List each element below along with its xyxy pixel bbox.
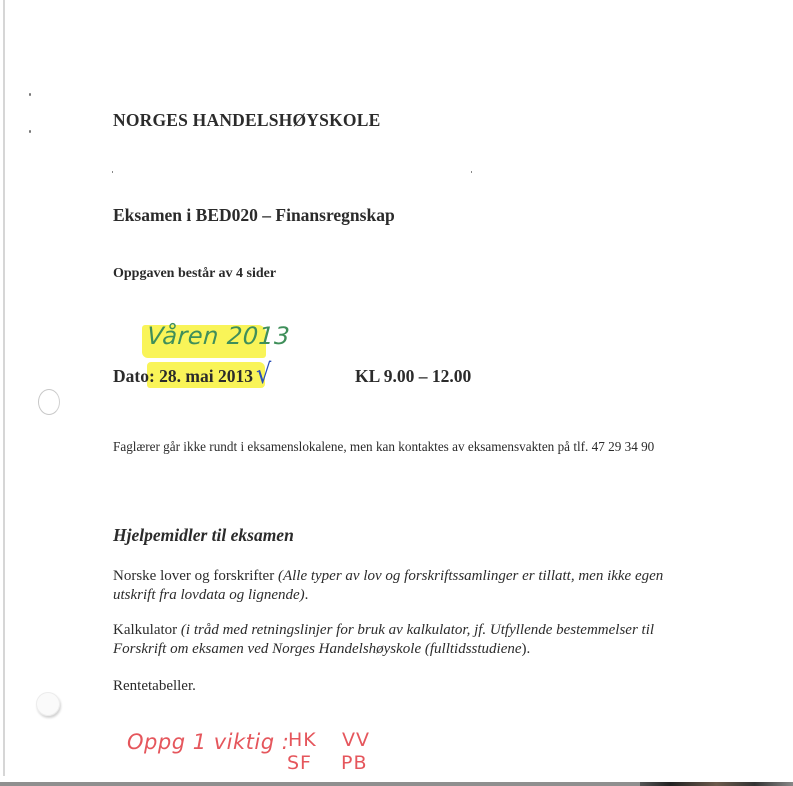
- handwritten-note: Oppg 1 viktig :: [127, 730, 289, 754]
- aid-label: Norske lover og forskrifter: [113, 568, 278, 584]
- punch-hole: [36, 692, 60, 716]
- punch-hole: [38, 389, 60, 415]
- page-count: Oppgaven består av 4 sider: [113, 266, 276, 282]
- aid-item: Norske lover og forskrifter (Alle typer …: [113, 567, 693, 605]
- aid-label: Kalkulator: [113, 622, 181, 638]
- handwritten-code: SF: [287, 752, 312, 774]
- scan-speck: [29, 93, 31, 96]
- date-label: Dato:: [113, 366, 155, 386]
- aid-note: (i tråd med retningslinjer for bruk av k…: [113, 622, 654, 657]
- exam-title: Eksamen i BED020 – Finansregnskap: [113, 205, 395, 226]
- checkmark-icon: √: [256, 358, 271, 390]
- institution-name: NORGES HANDELSHØYSKOLE: [113, 110, 380, 131]
- exam-time: KL 9.00 – 12.00: [355, 366, 471, 387]
- aid-item: Kalkulator (i tråd med retningslinjer fo…: [113, 621, 693, 659]
- date-value: 28. mai 2013: [159, 366, 253, 386]
- page-left-edge: [3, 0, 5, 776]
- aids-heading: Hjelpemidler til eksamen: [113, 525, 294, 546]
- handwritten-code: PB: [341, 752, 368, 774]
- scan-speck: [29, 130, 31, 133]
- scanned-exam-page: NORGES HANDELSHØYSKOLE Eksamen i BED020 …: [0, 0, 793, 786]
- scan-bottom-artifact: [640, 782, 793, 786]
- aid-suffix: .: [305, 587, 309, 603]
- handwritten-code: HK: [288, 729, 317, 751]
- handwritten-code: VV: [342, 729, 370, 751]
- aid-item: Rentetabeller.: [113, 677, 693, 696]
- contact-info: Faglærer går ikke rundt i eksamenslokale…: [113, 439, 654, 455]
- handwritten-season: Våren 2013: [146, 322, 291, 350]
- aid-label: Rentetabeller.: [113, 678, 196, 694]
- scan-speck: [471, 171, 472, 173]
- aid-suffix: ).: [522, 641, 531, 657]
- exam-date: Dato: 28. mai 2013: [113, 366, 253, 387]
- scan-speck: [112, 171, 113, 173]
